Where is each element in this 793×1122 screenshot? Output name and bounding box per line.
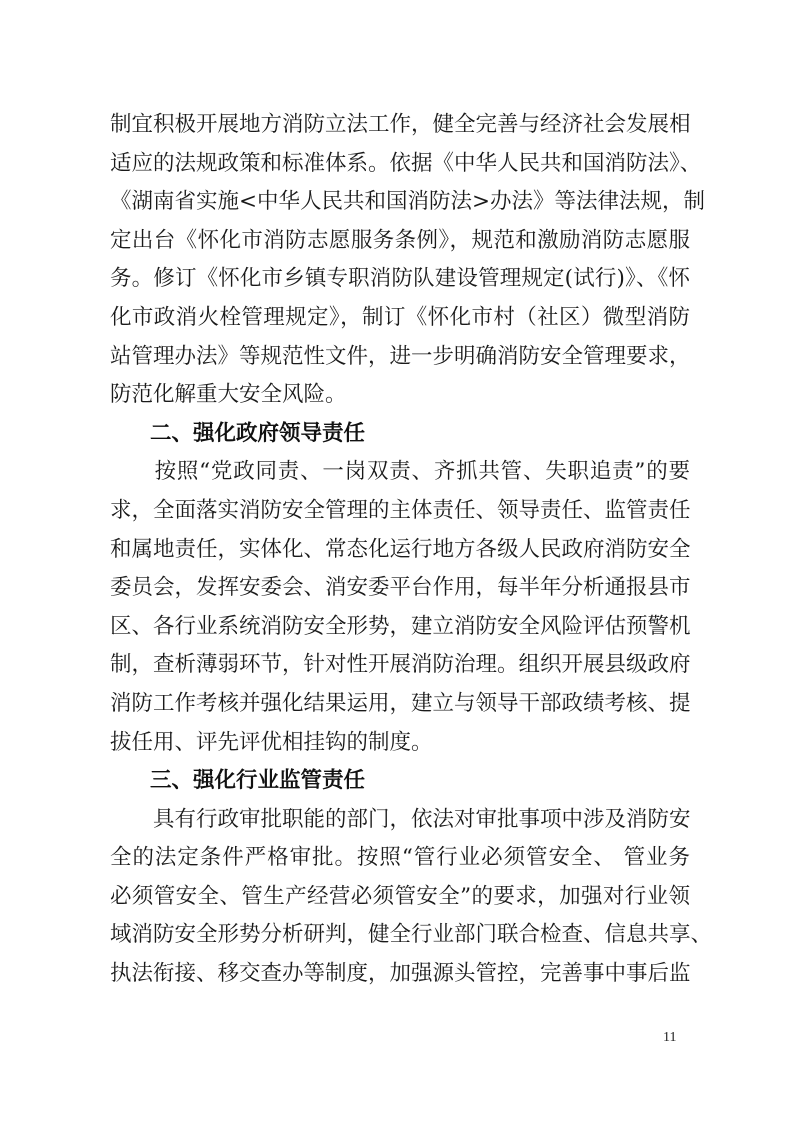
body-line: 拔任用、评先评优相挂钩的制度。 — [110, 724, 690, 763]
body-line: 必须管安全、管生产经营必须管安全”的要求，加强对行业领 — [110, 878, 690, 917]
body-line: 消防工作考核并强化结果运用，建立与领导干部政绩考核、提 — [110, 685, 690, 724]
body-line: 和属地责任，实体化、常态化运行地方各级人民政府消防安全 — [110, 531, 690, 570]
body-line: 务。修订《怀化市乡镇专职消防队建设管理规定(试行)》、《怀 — [110, 260, 690, 299]
section-heading-3: 三、强化行业监管责任 — [110, 762, 690, 801]
body-line: 适应的法规政策和标准体系。依据《中华人民共和国消防法》、 — [110, 145, 690, 184]
body-line: 站管理办法》等规范性文件，进一步明确消防安全管理要求， — [110, 338, 690, 377]
body-line: 全的法定条件严格审批。按照“管行业必须管安全、 管业务 — [110, 839, 690, 878]
document-page: 制宜积极开展地方消防立法工作，健全完善与经济社会发展相 适应的法规政策和标准体系… — [0, 0, 793, 1122]
body-line: 化市政消火栓管理规定》，制订《怀化市村（社区）微型消防 — [110, 299, 690, 338]
body-line: 定出台《怀化市消防志愿服务条例》，规范和激励消防志愿服 — [110, 222, 690, 261]
body-line: 具有行政审批职能的部门，依法对审批事项中涉及消防安 — [110, 801, 690, 840]
body-line: 制，查析薄弱环节，针对性开展消防治理。组织开展县级政府 — [110, 646, 690, 685]
body-line: 区、各行业系统消防安全形势，建立消防安全风险评估预警机 — [110, 608, 690, 647]
body-line: 制宜积极开展地方消防立法工作，健全完善与经济社会发展相 — [110, 106, 690, 145]
body-line: 《湖南省实施<中华人民共和国消防法>办法》等法律法规，制 — [110, 183, 690, 222]
body-line: 委员会，发挥安委会、消安委平台作用，每半年分析通报县市 — [110, 569, 690, 608]
section-heading-2: 二、强化政府领导责任 — [110, 415, 690, 454]
document-body: 制宜积极开展地方消防立法工作，健全完善与经济社会发展相 适应的法规政策和标准体系… — [110, 106, 690, 994]
body-line: 执法衔接、移交查办等制度，加强源头管控，完善事中事后监 — [110, 955, 690, 994]
body-line: 域消防安全形势分析研判，健全行业部门联合检查、信息共享、 — [110, 916, 690, 955]
body-line: 按照“党政同责、一岗双责、齐抓共管、失职追责”的要 — [110, 453, 690, 492]
body-line: 求，全面落实消防安全管理的主体责任、领导责任、监管责任 — [110, 492, 690, 531]
body-line: 防范化解重大安全风险。 — [110, 376, 690, 415]
page-number: 11 — [663, 1030, 676, 1046]
